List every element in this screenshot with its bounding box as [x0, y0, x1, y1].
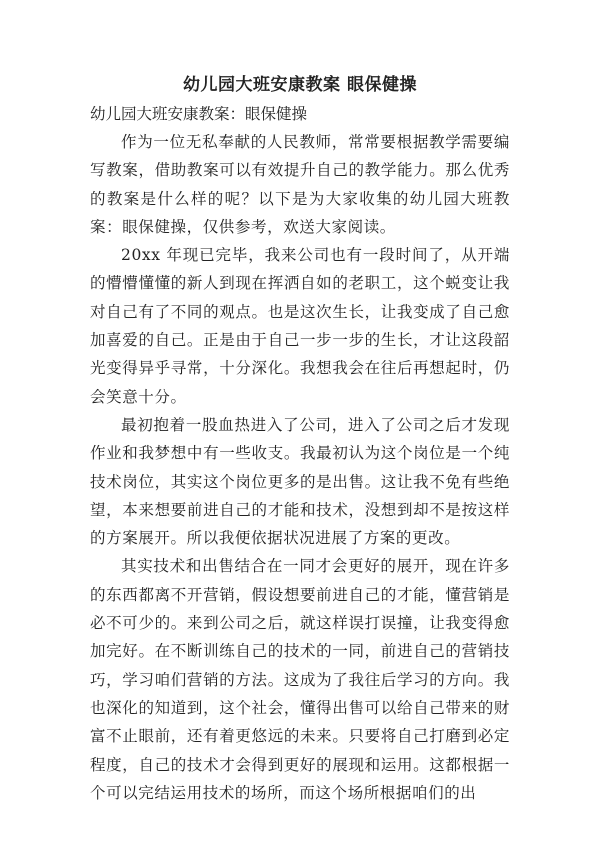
paragraph-year-review: 20xx 年现已完毕，我来公司也有一段时间了，从开端的懵懵懂懂的新人到现在挥洒自… — [90, 241, 510, 411]
paragraph-intro: 作为一位无私奉献的人民教师，常常要根据教学需要编写教案，借助教案可以有效提升自己… — [90, 128, 510, 241]
document-subtitle: 幼儿园大班安康教案：眼保健操 — [90, 100, 510, 128]
paragraph-joining-company: 最初抱着一股血热进入了公司，进入了公司之后才发现作业和我梦想中有一些收支。我最初… — [90, 411, 510, 552]
document-title: 幼儿园大班安康教案 眼保健操 — [90, 72, 510, 98]
document-page: 幼儿园大班安康教案 眼保健操 幼儿园大班安康教案：眼保健操 作为一位无私奉献的人… — [90, 72, 510, 807]
paragraph-tech-and-sales: 其实技术和出售结合在一同才会更好的展开，现在许多的东西都离不开营销，假设想要前进… — [90, 552, 510, 807]
